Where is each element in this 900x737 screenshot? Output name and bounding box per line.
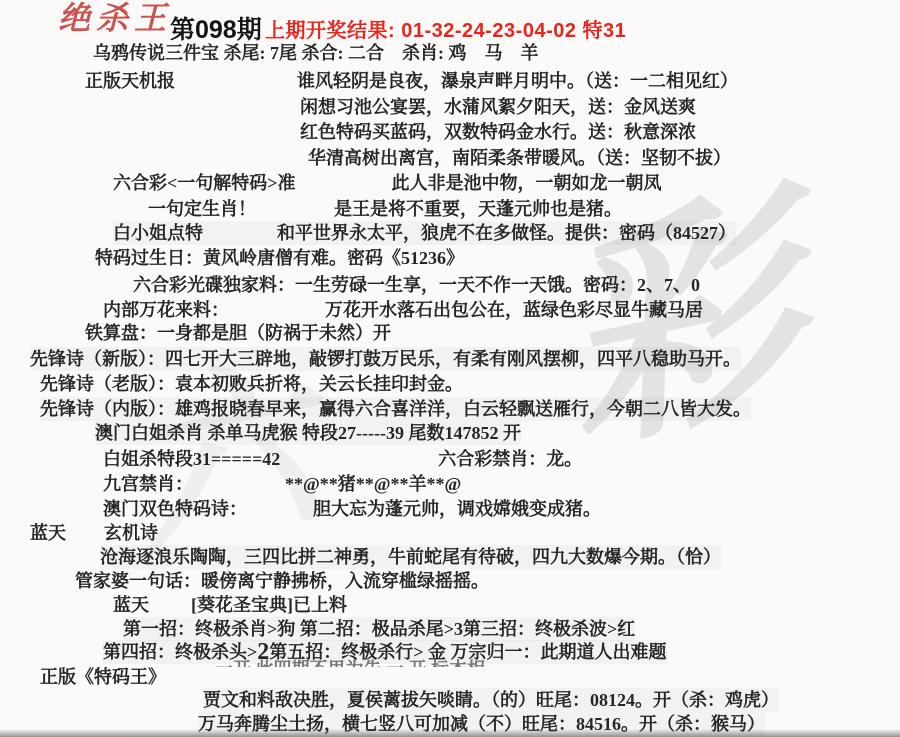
text-line: 正版《特码王》: [40, 665, 166, 689]
text-line: 内部万花来料：万花开水落石出包公在，蓝绿色彩尽显牛藏马居: [103, 298, 703, 322]
text-line: 六合彩<一句解特码>准此人非是池中物，一朝如龙一朝凤: [113, 171, 662, 195]
line-text-segment: 第一招：终极杀肖>狗 第二招：极品杀尾>3第三招：终极杀波>红: [123, 617, 635, 641]
line-text-segment: 蓝天: [30, 521, 66, 545]
line-text-segment: 先锋诗（老版）：袁本初败兵折将，关云长挂印封金。: [40, 372, 463, 396]
line-text-segment: 白小姐点特: [113, 221, 203, 245]
line-text-segment: 九宫禁肖：: [103, 472, 193, 496]
text-line: 澳门白姐杀肖 杀单马虎猴 特段27-----39 尾数147852 开: [95, 421, 521, 445]
text-line: 先锋诗（新版）：四七开大三辟地，敲锣打鼓万民乐，有柔有刚风摆柳，四平八稳助马开。: [30, 347, 741, 371]
line-text-segment: 正版天机报: [85, 69, 175, 93]
line-text-segment: 和平世界永太平，狼虎不在多做怪。提供：密码（84527）: [277, 221, 736, 245]
text-line: 澳门双色特码诗：胆大忘为蓬元帅，调戏嫦娥变成猪。: [103, 497, 601, 521]
line-text-segment: 管家婆一句话：暖傍离宁静拂桥，入流穿槛绿摇摇。: [75, 569, 489, 593]
line-text-segment: 六合彩禁肖：龙。: [438, 447, 582, 471]
text-line: 贾文和料敌决胜，夏侯蓠拔矢啖睛。（的）旺尾：08124。开（杀：鸡虎）: [203, 688, 779, 712]
line-text-segment: 此人非是池中物，一朝如龙一朝凤: [392, 171, 662, 195]
line-text-segment: 蓝天: [113, 593, 149, 617]
line-text-segment: 闲想习池公宴罢，水蒲风絮夕阳天，送：金风送爽: [300, 95, 696, 119]
text-line: 一开 此四期不里为先 一 开 标本相: [215, 657, 485, 667]
text-line: 特码过生日：黄风岭唐僧有难。密码《51236》: [95, 246, 464, 270]
line-text-segment: 红色特码买蓝码，双数特码金水行。送：秋意深浓: [300, 120, 696, 144]
text-line: 管家婆一句话：暖傍离宁静拂桥，入流穿槛绿摇摇。: [75, 569, 489, 593]
text-line: 华清高树出离宫，南陌柔条带暖风。（送：坚韧不拔）: [308, 146, 731, 170]
line-text-segment: 是王是将不重要，天蓬元帅也是猪。: [334, 197, 622, 221]
line-text-segment: 万花开水落石出包公在，蓝绿色彩尽显牛藏马居: [325, 298, 703, 322]
line-text-segment: 内部万花来料：: [103, 298, 229, 322]
text-line: 九宫禁肖：**@**猪**@**羊**@: [103, 472, 461, 496]
brand-title: 绝杀王: [58, 0, 172, 39]
line-text-segment: 贾文和料敌决胜，夏侯蓠拔矢啖睛。（的）旺尾：08124。开（杀：鸡虎）: [203, 688, 779, 712]
text-line: 铁算盘：一身都是胆（防祸于未然）开: [85, 321, 391, 345]
line-text-segment: 华清高树出离宫，南陌柔条带暖风。（送：坚韧不拔）: [308, 146, 731, 170]
line-text-segment: 先锋诗（内版）：雄鸡报晓春早来，赢得六合喜洋洋，白云轻飘送雁行，今朝二八皆大发。: [40, 397, 751, 421]
line-text-segment: 一句定生肖！: [148, 197, 256, 221]
line-text-segment: 沧海逐浪乐陶陶，三四比拼二神勇，牛前蛇尾有待破，四九大数爆今期。（恰）: [100, 545, 721, 569]
line-text-segment: 铁算盘：一身都是胆（防祸于未然）开: [85, 321, 391, 345]
text-line: 第一招：终极杀肖>狗 第二招：极品杀尾>3第三招：终极杀波>红: [123, 617, 635, 641]
line-text-segment: 胆大忘为蓬元帅，调戏嫦娥变成猪。: [313, 497, 601, 521]
line-text-segment: 玄机诗: [104, 521, 158, 545]
text-line: 六合彩光碟独家料：一生劳碌一生享，一天不作一天饿。密码：2、7、0: [133, 273, 700, 297]
text-line: 蓝天玄机诗: [30, 521, 158, 545]
text-line: 一句定生肖！是王是将不重要，天蓬元帅也是猪。: [148, 197, 622, 221]
text-line: 先锋诗（老版）：袁本初败兵折将，关云长挂印封金。: [40, 372, 463, 396]
line-text-segment: 六合彩<一句解特码>准: [113, 171, 296, 195]
text-line: 乌鸦传说三件宝 杀尾: 7尾 杀合: 二合 杀肖: 鸡 马 羊: [93, 41, 538, 65]
lottery-tip-sheet: 彩六 绝杀王 第098期 上期开奖结果: 01-32-24-23-04-02 特…: [0, 0, 900, 737]
text-line: 白小姐点特和平世界永太平，狼虎不在多做怪。提供：密码（84527）: [113, 221, 736, 245]
text-line: 先锋诗（内版）：雄鸡报晓春早来，赢得六合喜洋洋，白云轻飘送雁行，今朝二八皆大发。: [40, 397, 751, 421]
line-text-segment: 特码过生日：黄风岭唐僧有难。密码《51236》: [95, 246, 464, 270]
line-text-segment: 一开 此四期不里为先 一 开 标本相: [215, 657, 485, 667]
text-line: 沧海逐浪乐陶陶，三四比拼二神勇，牛前蛇尾有待破，四九大数爆今期。（恰）: [100, 545, 721, 569]
line-text-segment: 澳门白姐杀肖 杀单马虎猴 特段27-----39 尾数147852 开: [95, 421, 521, 445]
text-line: 红色特码买蓝码，双数特码金水行。送：秋意深浓: [300, 120, 696, 144]
line-text-segment: 正版《特码王》: [40, 665, 166, 689]
text-line: 正版天机报谁风轻阴是良夜，瀑泉声畔月明中。（送：一二相见红）: [85, 69, 738, 93]
text-line: 白姐杀特段31=====42六合彩禁肖：龙。: [103, 447, 582, 471]
line-text-segment: [葵花圣宝典]已上料: [191, 593, 347, 617]
line-text-segment: 澳门双色特码诗：: [103, 497, 247, 521]
line-text-segment: **@**猪**@**羊**@: [285, 472, 461, 496]
line-text-segment: 白姐杀特段31=====42: [103, 447, 280, 471]
line-text-segment: 六合彩光碟独家料：一生劳碌一生享，一天不作一天饿。密码：2、7、0: [133, 273, 700, 297]
text-line: 闲想习池公宴罢，水蒲风絮夕阳天，送：金风送爽: [300, 95, 696, 119]
text-line: 蓝天[葵花圣宝典]已上料: [113, 593, 347, 617]
line-text-segment: 乌鸦传说三件宝 杀尾: 7尾 杀合: 二合 杀肖: 鸡 马 羊: [93, 41, 538, 65]
line-text-segment: 先锋诗（新版）：四七开大三辟地，敲锣打鼓万民乐，有柔有刚风摆柳，四平八稳助马开。: [30, 347, 741, 371]
bottom-scan-shade: [0, 729, 900, 737]
line-text-segment: 谁风轻阴是良夜，瀑泉声畔月明中。（送：一二相见红）: [297, 69, 738, 93]
last-draw-result: 上期开奖结果: 01-32-24-23-04-02 特31: [265, 14, 626, 43]
